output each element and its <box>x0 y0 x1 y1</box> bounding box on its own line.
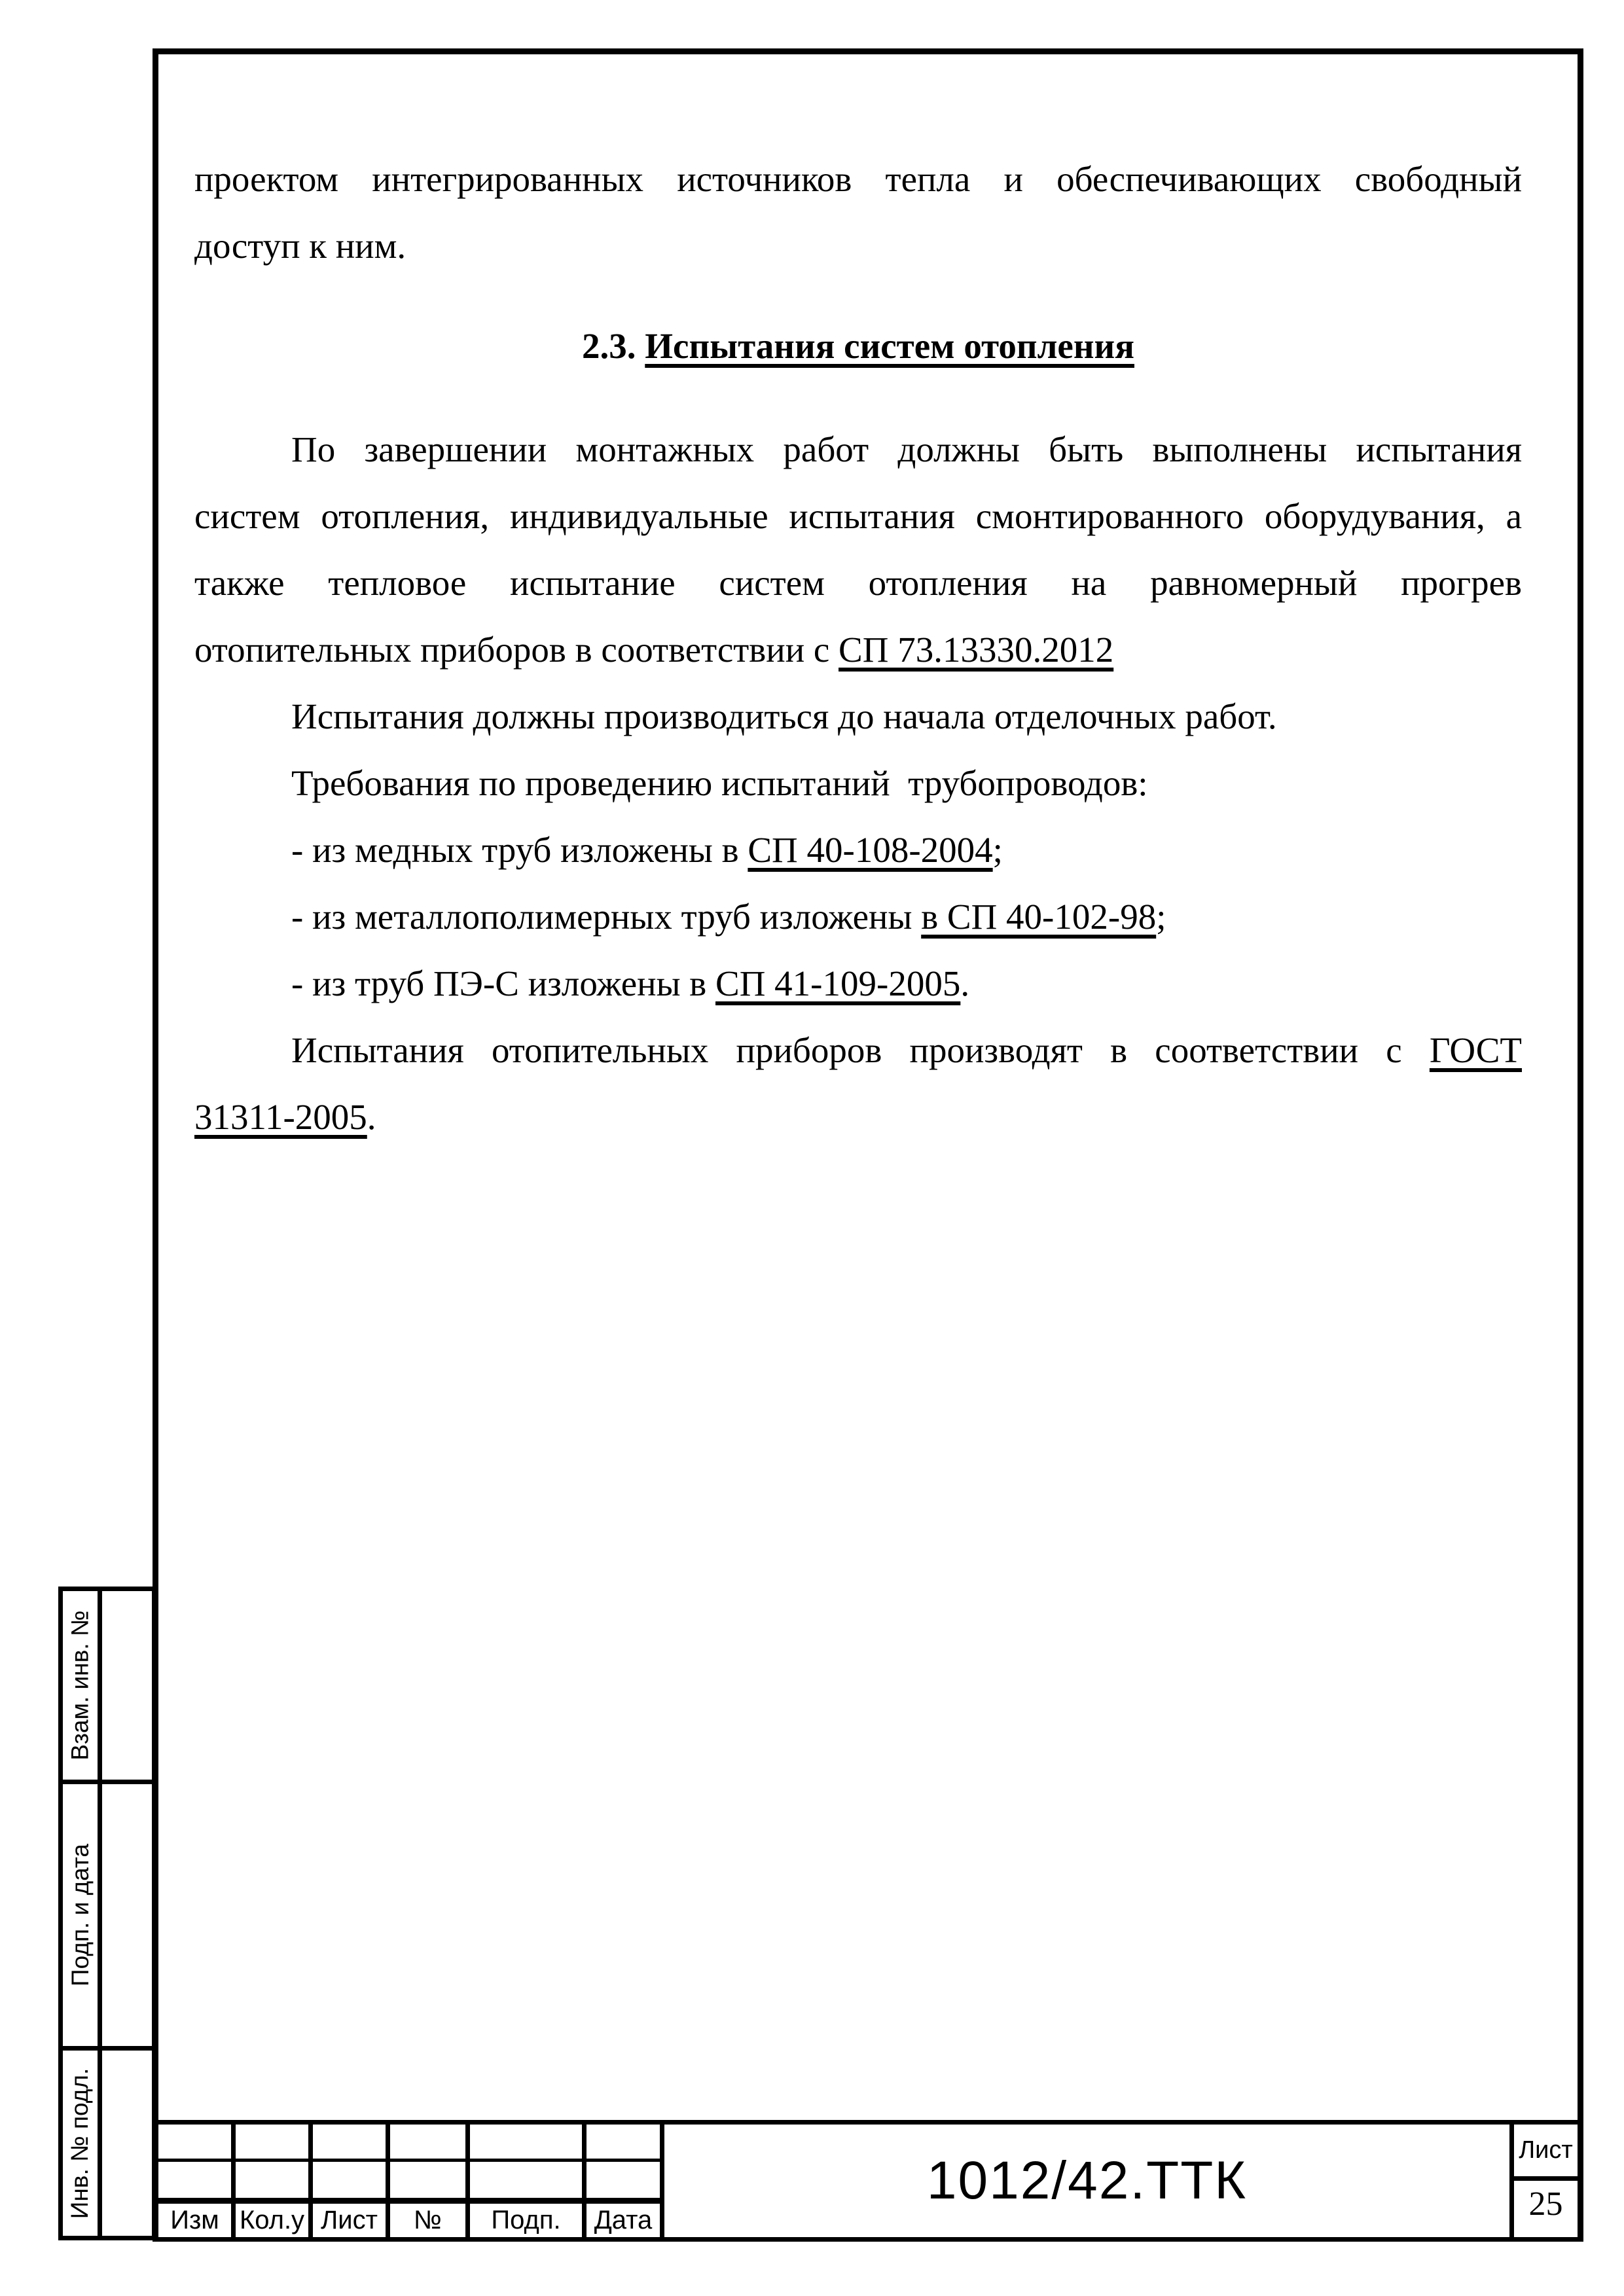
text-segment: Требования по проведению испытаний трубо… <box>291 763 1148 803</box>
sheet-label: Лист <box>1519 2136 1573 2164</box>
stamp-cell-inv-podl: Инв. № подл. <box>63 2051 98 2236</box>
stamp-empty-cell <box>102 2051 152 2236</box>
col-label-text: Дата <box>594 2206 653 2235</box>
col-label-text: Изм <box>170 2206 219 2235</box>
doc-reference: в СП 40-102-98 <box>921 897 1156 937</box>
col-label-text: № <box>414 2206 442 2235</box>
titleblock-cell <box>390 2162 465 2198</box>
sheet-number: 25 <box>1529 2185 1563 2223</box>
text-line: - из медных труб изложены в СП 40-108-20… <box>194 817 1522 884</box>
text-line: также тепловое испытание систем отоплени… <box>194 550 1522 617</box>
doc-reference: СП 73.13330.2012 <box>839 630 1113 670</box>
text-line: По завершении монтажных работ должны быт… <box>194 416 1522 483</box>
text-line: - из металлополимерных труб изложены в С… <box>194 884 1522 950</box>
text-segment: доступ к ним. <box>194 226 406 266</box>
titleblock-cell <box>236 2125 308 2159</box>
text-segment: . <box>960 963 969 1003</box>
stamp-empty-cell <box>102 1784 152 2046</box>
doc-reference: СП 40-108-2004 <box>748 830 992 870</box>
stamp-label-vzam-inv: Взам. инв. № <box>67 1610 94 1760</box>
section-heading: 2.3. Испытания систем отопления <box>194 313 1522 380</box>
text-line: доступ к ним. <box>194 213 1522 279</box>
text-segment: ; <box>993 830 1003 870</box>
text-segment: По завершении монтажных работ должны быт… <box>291 429 1522 469</box>
text-line: отопительных приборов в соответствии с С… <box>194 617 1522 683</box>
document-body: проектом интегрированных источников тепл… <box>194 146 1522 1151</box>
col-label-nomer: № <box>390 2204 465 2237</box>
text-segment: - из медных труб изложены в <box>291 830 748 870</box>
text-segment: . <box>367 1097 376 1137</box>
text-line: Испытания должны производиться до начала… <box>194 683 1522 750</box>
text-line: систем отопления, индивидуальные испытан… <box>194 483 1522 550</box>
stamp-empty-cell <box>102 1591 152 1780</box>
col-label-list: Лист <box>313 2204 386 2237</box>
stamp-cell-vzam-inv: Взам. инв. № <box>63 1591 98 1780</box>
text-line: 31311-2005. <box>194 1084 1522 1151</box>
titleblock-cell <box>158 2125 231 2159</box>
doc-reference: ГОСТ <box>1430 1030 1522 1070</box>
text-segment: - из труб ПЭ-С изложены в <box>291 963 715 1003</box>
text-segment: ; <box>1156 897 1166 937</box>
doc-reference: Испытания систем отопления <box>645 326 1134 366</box>
title-block: Изм Кол.у Лист № Подп. Дата 1012/42.ТТК … <box>153 2120 1583 2242</box>
text-line: Требования по проведению испытаний трубо… <box>194 750 1522 817</box>
doc-reference: 31311-2005 <box>194 1097 367 1137</box>
doc-code: 1012/42.ТТК <box>927 2150 1247 2212</box>
text-segment: 2.3. <box>582 326 645 366</box>
document-page: проектом интегрированных источников тепл… <box>0 0 1624 2296</box>
sheet-number-cell: 25 <box>1514 2181 1578 2237</box>
text-segment: также тепловое испытание систем отоплени… <box>194 563 1522 603</box>
text-segment: Испытания должны производиться до начала… <box>291 696 1277 736</box>
text-segment: отопительных приборов в соответствии с <box>194 630 839 670</box>
col-label-text: Подп. <box>491 2206 560 2235</box>
text-segment: Испытания отопительных приборов производ… <box>291 1030 1430 1070</box>
titleblock-cell <box>313 2162 386 2198</box>
doc-code-cell: 1012/42.ТТК <box>664 2125 1509 2237</box>
side-stamp: Взам. инв. № Подп. и дата Инв. № подл. <box>58 1587 156 2240</box>
stamp-cell-podp-data: Подп. и дата <box>63 1784 98 2046</box>
text-segment: систем отопления, индивидуальные испытан… <box>194 496 1522 536</box>
col-label-text: Кол.у <box>240 2206 304 2235</box>
col-label-data: Дата <box>586 2204 660 2237</box>
text-segment: проектом интегрированных источников тепл… <box>194 159 1522 199</box>
text-line: - из труб ПЭ-С изложены в СП 41-109-2005… <box>194 950 1522 1017</box>
titleblock-cell <box>586 2162 660 2198</box>
col-label-podp: Подп. <box>470 2204 582 2237</box>
titleblock-cell <box>313 2125 386 2159</box>
doc-reference: СП 41-109-2005 <box>715 963 960 1003</box>
titleblock-cell <box>586 2125 660 2159</box>
stamp-label-inv-podl: Инв. № подл. <box>67 2068 94 2218</box>
text-line: проектом интегрированных источников тепл… <box>194 146 1522 213</box>
col-label-izm: Изм <box>158 2204 231 2237</box>
titleblock-cell <box>158 2162 231 2198</box>
text-segment: - из металлополимерных труб изложены <box>291 897 921 937</box>
titleblock-cell <box>470 2162 582 2198</box>
titleblock-cell <box>470 2125 582 2159</box>
col-label-text: Лист <box>321 2206 378 2235</box>
sheet-label-cell: Лист <box>1514 2125 1578 2176</box>
text-line: Испытания отопительных приборов производ… <box>194 1017 1522 1084</box>
titleblock-cell <box>390 2125 465 2159</box>
titleblock-cell <box>236 2162 308 2198</box>
col-label-kolu: Кол.у <box>236 2204 308 2237</box>
stamp-label-podp-data: Подп. и дата <box>67 1844 94 1986</box>
